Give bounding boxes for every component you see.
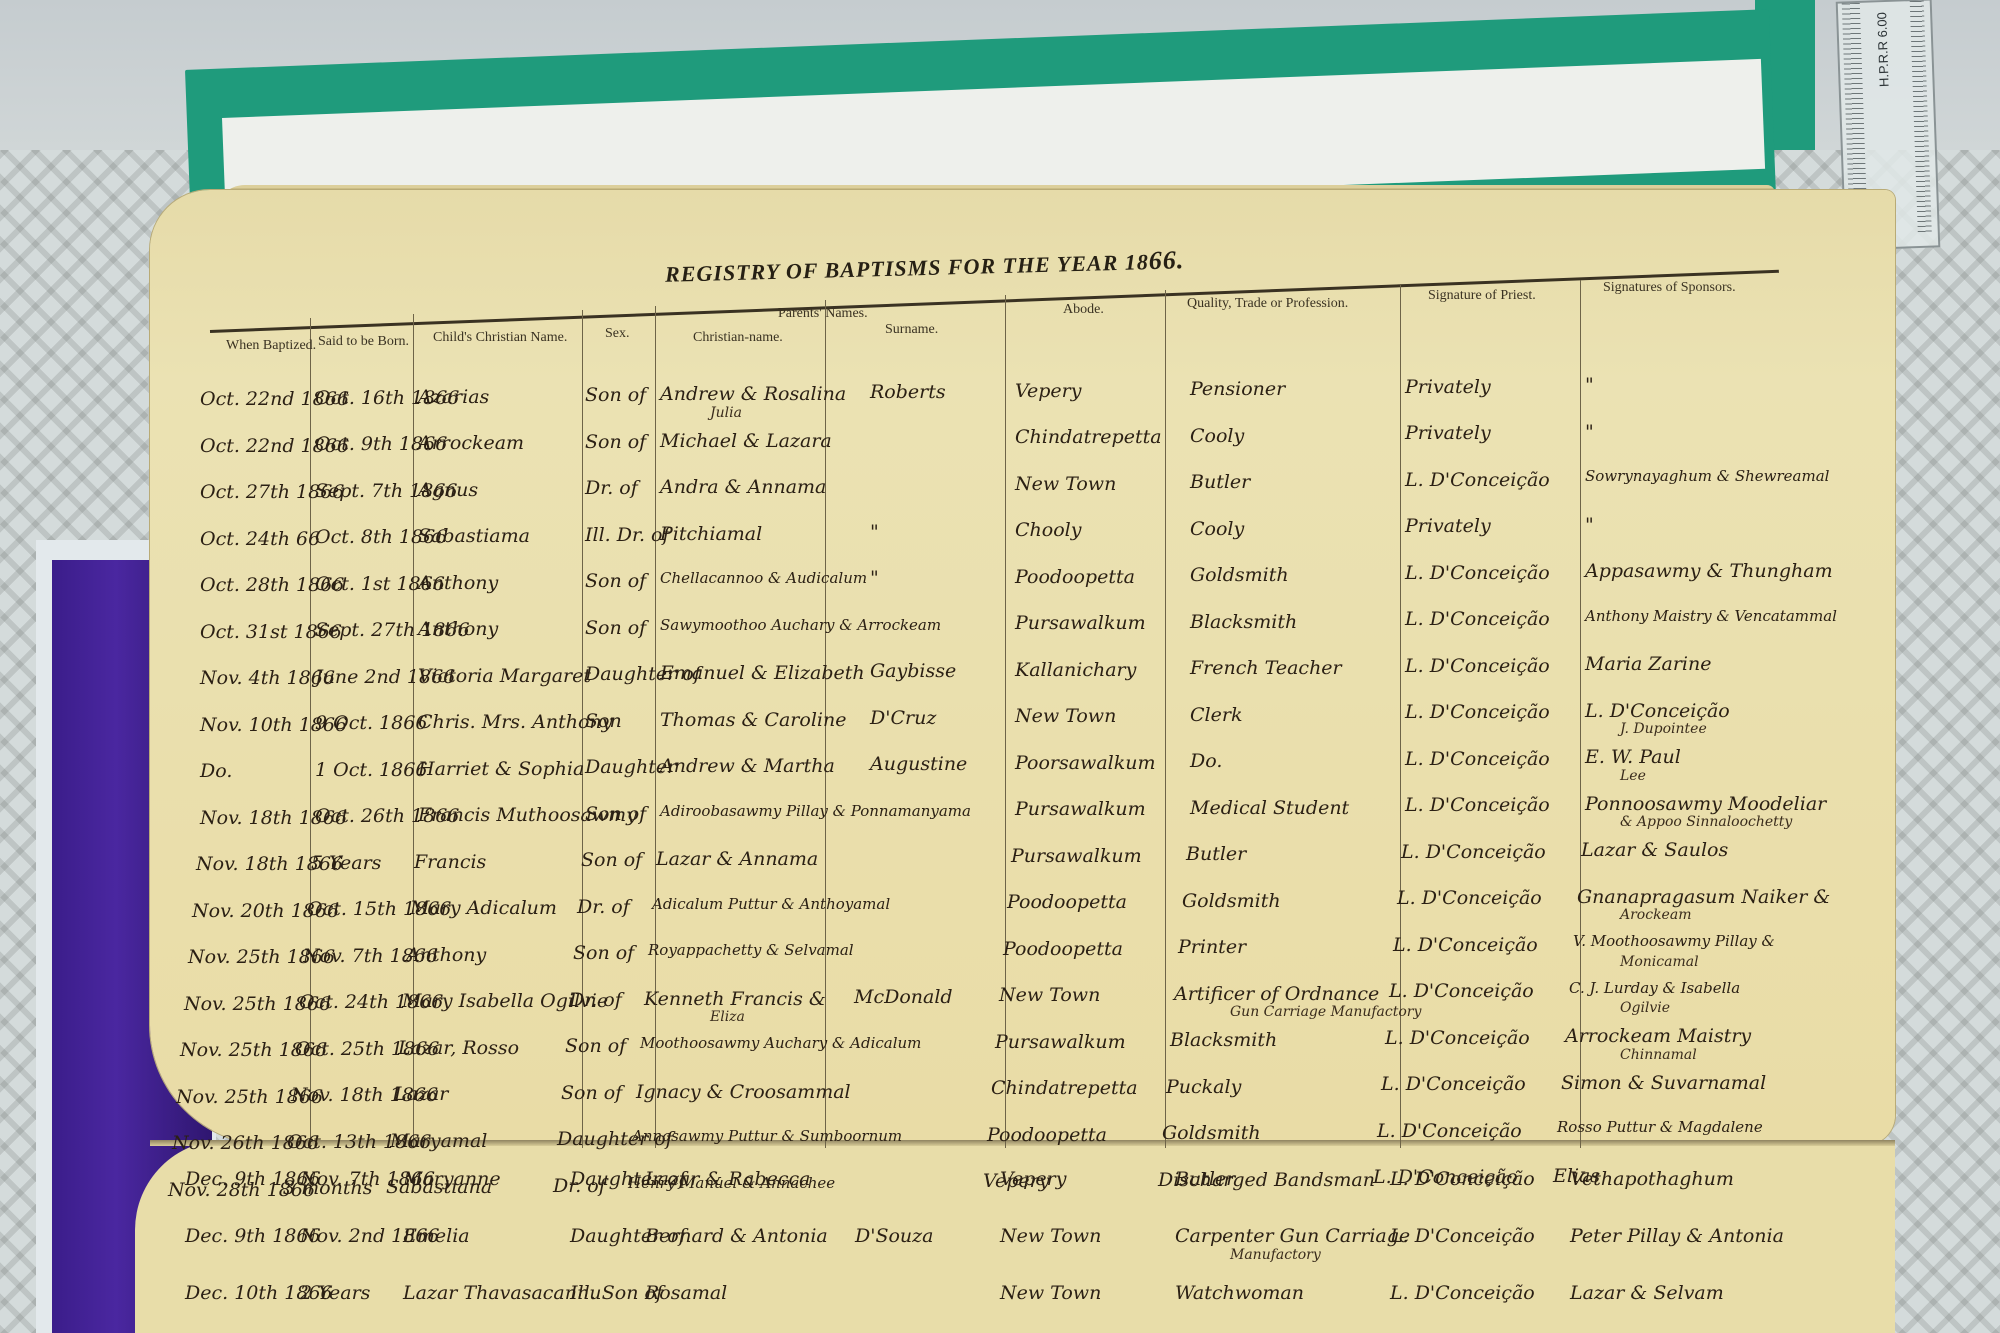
cell-sponsors-note: Ogilvie: [1620, 1000, 1670, 1016]
cell-priest: L. D'Conceição: [1390, 1282, 1535, 1304]
cell-sponsors-note: J. Dupointee: [1620, 721, 1707, 737]
cell-sponsors: Ponnoosawmy Moodeliar: [1585, 793, 1826, 815]
cell-surname: ": [870, 567, 879, 589]
cell-sex: Son of: [565, 1035, 626, 1057]
cell-quality: Pensioner: [1190, 378, 1285, 400]
cell-abode: Pursawalkum: [1015, 612, 1146, 634]
cell-parents: Adiroobasawmy Pillay & Ponnamanyama: [660, 802, 971, 820]
cell-abode: Poorsawalkum: [1015, 752, 1156, 774]
cell-sex: Ill. Dr. of: [585, 524, 670, 546]
cell-sponsors: Sowrynayaghum & Shewreamal: [1585, 467, 1829, 485]
cell-quality: Puckaly: [1166, 1076, 1241, 1098]
cell-quality: Goldsmith: [1190, 564, 1289, 586]
cell-sponsors-note: Lee: [1620, 768, 1646, 784]
cell-sex: Son of: [585, 570, 646, 592]
cell-parents-note: Eliza: [710, 1009, 745, 1025]
cell-sponsors: Rosso Puttur & Magdalene: [1557, 1118, 1763, 1136]
cell-parents: Royappachetty & Selvamal: [648, 941, 854, 959]
cell-parents: Sawymoothoo Auchary & Arrockeam: [660, 616, 941, 634]
cell-quality: Medical Student: [1190, 797, 1349, 819]
cell-quality: Clerk: [1190, 704, 1242, 726]
cell-sponsors: Lazar & Saulos: [1581, 839, 1728, 861]
column-divider: [1005, 295, 1006, 1148]
cell-parents: Chellacannoo & Audicalum: [660, 569, 867, 587]
header-sex: Sex.: [605, 326, 630, 342]
cell-baptized: Oct. 24th 66: [200, 528, 320, 550]
cell-sponsors-note: Arockeam: [1620, 907, 1691, 923]
cell-sex: Dr. of: [585, 477, 638, 499]
cell-parents: Lazar & Rabecca: [645, 1168, 810, 1190]
cell-sponsors: ": [1585, 514, 1594, 536]
cell-sponsors: Maria Zarine: [1585, 653, 1711, 675]
cell-born: 5 Years: [311, 852, 381, 874]
cell-abode: Chindatrepetta: [991, 1077, 1138, 1099]
cell-child: Azarias: [418, 386, 489, 408]
cell-quality: Cooly: [1190, 518, 1244, 540]
cell-quality: Goldsmith: [1182, 890, 1281, 912]
cell-priest: L. D'Conceição: [1405, 655, 1550, 677]
cell-sex: Son of: [585, 803, 646, 825]
cell-priest: L. D'Conceição: [1390, 1225, 1535, 1247]
cell-sex: Son of: [585, 617, 646, 639]
cell-child: Agnus: [418, 479, 478, 501]
cell-abode: Chooly: [1015, 519, 1081, 541]
cell-quality: Butler: [1175, 1168, 1235, 1190]
cell-abode: Vepery: [1000, 1168, 1066, 1190]
column-divider: [1580, 280, 1581, 1148]
title-year: 66.: [1148, 245, 1184, 275]
header-child-name: Child's Christian Name.: [433, 330, 567, 346]
header-parents-names: Parents' Names.: [778, 306, 868, 322]
header-quality-trade: Quality, Trade or Profession.: [1187, 296, 1348, 312]
cell-parents: Andrew & Rosalina: [660, 383, 846, 405]
cell-sponsors: Peter Pillay & Antonia: [1570, 1225, 1784, 1247]
cell-born: 9 Oct. 1866: [315, 712, 427, 734]
cell-sponsors: E. W. Paul: [1585, 746, 1681, 768]
cell-abode: Pursawalkum: [1011, 845, 1142, 867]
header-said-to-be-born: Said to be Born.: [318, 334, 409, 350]
cell-child: Lazar: [394, 1083, 448, 1105]
cell-priest: Privately: [1405, 422, 1491, 444]
cell-priest: L. D'Conceição: [1405, 562, 1550, 584]
cell-quality: Blacksmith: [1170, 1029, 1277, 1051]
cell-quality: French Teacher: [1190, 657, 1342, 679]
cell-parents: Annasawmy Puttur & Sumboornum: [632, 1127, 902, 1145]
cell-parents: Kenneth Francis &: [644, 988, 826, 1010]
cell-quality: Do.: [1190, 750, 1222, 772]
column-divider: [655, 306, 656, 1148]
cell-parents: Bernard & Antonia: [645, 1225, 828, 1247]
cell-abode: Pursawalkum: [995, 1031, 1126, 1053]
cell-quality: Cooly: [1190, 425, 1244, 447]
cell-parents: Pitchiamal: [660, 523, 762, 545]
cell-surname: Roberts: [870, 381, 946, 403]
cell-priest: L. D'Conceição: [1405, 608, 1550, 630]
cell-baptized: Do.: [200, 760, 232, 782]
cell-priest: L. D'Conceição: [1390, 1168, 1535, 1190]
header-signature-priest: Signature of Priest.: [1428, 288, 1536, 304]
cell-abode: Poodoopetta: [987, 1124, 1107, 1146]
cell-abode: New Town: [1000, 1225, 1101, 1247]
column-divider: [1165, 290, 1166, 1148]
cell-child: Francis: [414, 851, 486, 873]
cell-abode: New Town: [1015, 705, 1116, 727]
cell-parents: Lazar & Annama: [656, 848, 818, 870]
cell-abode: New Town: [999, 984, 1100, 1006]
header-parent-surname: Surname.: [885, 322, 938, 338]
header-parent-christian-name: Christian-name.: [693, 330, 783, 346]
cell-sponsors: ": [1585, 421, 1594, 443]
cell-child: Mary Adicalum: [410, 897, 557, 919]
cell-child: Chris. Mrs. Anthony: [418, 711, 612, 733]
cell-priest: L. D'Conceição: [1381, 1073, 1526, 1095]
cell-surname: Augustine: [870, 753, 967, 775]
cell-quality: Carpenter Gun Carriage: [1175, 1225, 1410, 1247]
header-when-baptized: When Baptized.: [226, 338, 316, 354]
cell-abode: Pursawalkum: [1015, 798, 1146, 820]
cell-child: Sabastiama: [418, 525, 530, 547]
cell-sex: Dr. of: [577, 896, 630, 918]
cell-surname: D'Cruz: [870, 707, 936, 729]
cell-parents: Ignacy & Croosammal: [636, 1081, 851, 1103]
ruler-ticks: [1910, 1, 1932, 234]
cell-child: Harriet & Sophia: [418, 758, 584, 780]
cell-sponsors: Lazar & Selvam: [1570, 1282, 1724, 1304]
cell-priest: L. D'Conceição: [1377, 1120, 1522, 1142]
cell-quality: Artificer of Ordnance: [1174, 983, 1379, 1005]
cell-parents: Adicalum Puttur & Anthoyamal: [652, 895, 890, 913]
cell-child: Maryanne: [403, 1168, 501, 1190]
cell-parents: Thomas & Caroline: [660, 709, 846, 731]
cell-sponsors: Anthony Maistry & Vencatammal: [1585, 607, 1837, 625]
cell-sponsors-note: & Appoo Sinnaloochetty: [1620, 814, 1792, 830]
cell-quality: Blacksmith: [1190, 611, 1297, 633]
cell-priest: L. D'Conceição: [1405, 748, 1550, 770]
cell-abode: Vepery: [1015, 380, 1081, 402]
cell-sponsors: Appasawmy & Thungham: [1585, 560, 1833, 582]
cell-child: Anthony: [418, 618, 498, 640]
cell-surname: Gaybisse: [870, 660, 956, 682]
cell-parents: Andra & Annama: [660, 476, 826, 498]
cell-surname: D'Souza: [855, 1225, 934, 1247]
cell-sponsors: C. J. Lurday & Isabella: [1569, 979, 1740, 997]
cell-child: Lazar, Rosso: [398, 1037, 519, 1059]
cell-child: Arrockeam: [418, 432, 524, 454]
cell-quality-note: Gun Carriage Manufactory: [1230, 1004, 1421, 1020]
cell-priest: L. D'Conceição: [1405, 701, 1550, 723]
cell-sponsors: Gnanapragasum Naiker &: [1577, 886, 1830, 908]
cell-priest: L. D'Conceição: [1401, 841, 1546, 863]
cell-parents: Michael & Lazara: [660, 430, 832, 452]
cell-sex: Son of: [585, 384, 646, 406]
cell-abode: Poodoopetta: [1007, 891, 1127, 913]
cell-abode: Chindatrepetta: [1015, 426, 1162, 448]
cell-sponsors: Vethapothaghum: [1570, 1168, 1734, 1190]
cell-priest: L. D'Conceição: [1393, 934, 1538, 956]
cell-child: Anthony: [418, 572, 498, 594]
cell-quality: Goldsmith: [1162, 1122, 1261, 1144]
cell-child: Victoria Margaret: [418, 665, 591, 687]
cell-sponsors: ": [1585, 374, 1594, 396]
header-signatures-sponsors: Signatures of Sponsors.: [1603, 280, 1736, 296]
cell-child: Emelia: [403, 1225, 470, 1247]
cell-child: Anthony: [406, 944, 486, 966]
cell-sponsors-note: Monicamal: [1620, 954, 1699, 970]
cell-sponsors: Simon & Suvarnamal: [1561, 1072, 1766, 1094]
header-abode: Abode.: [1063, 302, 1104, 318]
cell-parents: Moothoosawmy Auchary & Adicalum: [640, 1034, 921, 1052]
cell-priest: L. D'Conceição: [1397, 887, 1542, 909]
cell-born: 2 Years: [300, 1282, 370, 1304]
cell-priest: L. D'Conceição: [1405, 469, 1550, 491]
cell-abode: Poodoopetta: [1003, 938, 1123, 960]
cell-priest: L. D'Conceição: [1389, 980, 1534, 1002]
cell-abode: Kallanichary: [1015, 659, 1136, 681]
cell-surname: ": [870, 521, 879, 543]
cell-priest: L. D'Conceição: [1405, 794, 1550, 816]
cell-parents-note: Julia: [710, 405, 742, 421]
cell-sex: Son of: [581, 849, 642, 871]
cell-surname: McDonald: [854, 986, 953, 1008]
cell-sex: Dr. of: [569, 989, 622, 1011]
cell-parents: Andrew & Martha: [660, 755, 835, 777]
cell-quality: Butler: [1186, 843, 1246, 865]
cell-quality: Butler: [1190, 471, 1250, 493]
cell-abode: New Town: [1015, 473, 1116, 495]
cell-sex: Son of: [561, 1082, 622, 1104]
cell-parents: Rosamal: [645, 1282, 727, 1304]
cell-quality: Watchwoman: [1175, 1282, 1304, 1304]
cell-sponsors: Arrockeam Maistry: [1565, 1025, 1751, 1047]
cell-priest: Privately: [1405, 515, 1491, 537]
cell-parents: Emanuel & Elizabeth: [660, 662, 865, 684]
cell-sponsors-note: Chinnamal: [1620, 1047, 1697, 1063]
cell-born: 1 Oct. 1866: [315, 759, 427, 781]
cell-sex: Son: [585, 710, 622, 732]
cell-priest: L. D'Conceição: [1385, 1027, 1530, 1049]
cell-abode: Poodoopetta: [1015, 566, 1135, 588]
cell-quality-note: Manufactory: [1230, 1247, 1321, 1263]
cell-sex: Son of: [573, 942, 634, 964]
cell-sponsors: L. D'Conceição: [1585, 700, 1730, 722]
cell-child: Maryamal: [390, 1130, 487, 1152]
cell-abode: New Town: [1000, 1282, 1101, 1304]
cell-quality: Printer: [1178, 936, 1246, 958]
cell-sex: Son of: [585, 431, 646, 453]
cell-sponsors: V. Moothoosawmy Pillay &: [1573, 932, 1775, 950]
cell-priest: Privately: [1405, 376, 1491, 398]
ruler-label: H.P.R.R 6.00: [1874, 12, 1892, 87]
